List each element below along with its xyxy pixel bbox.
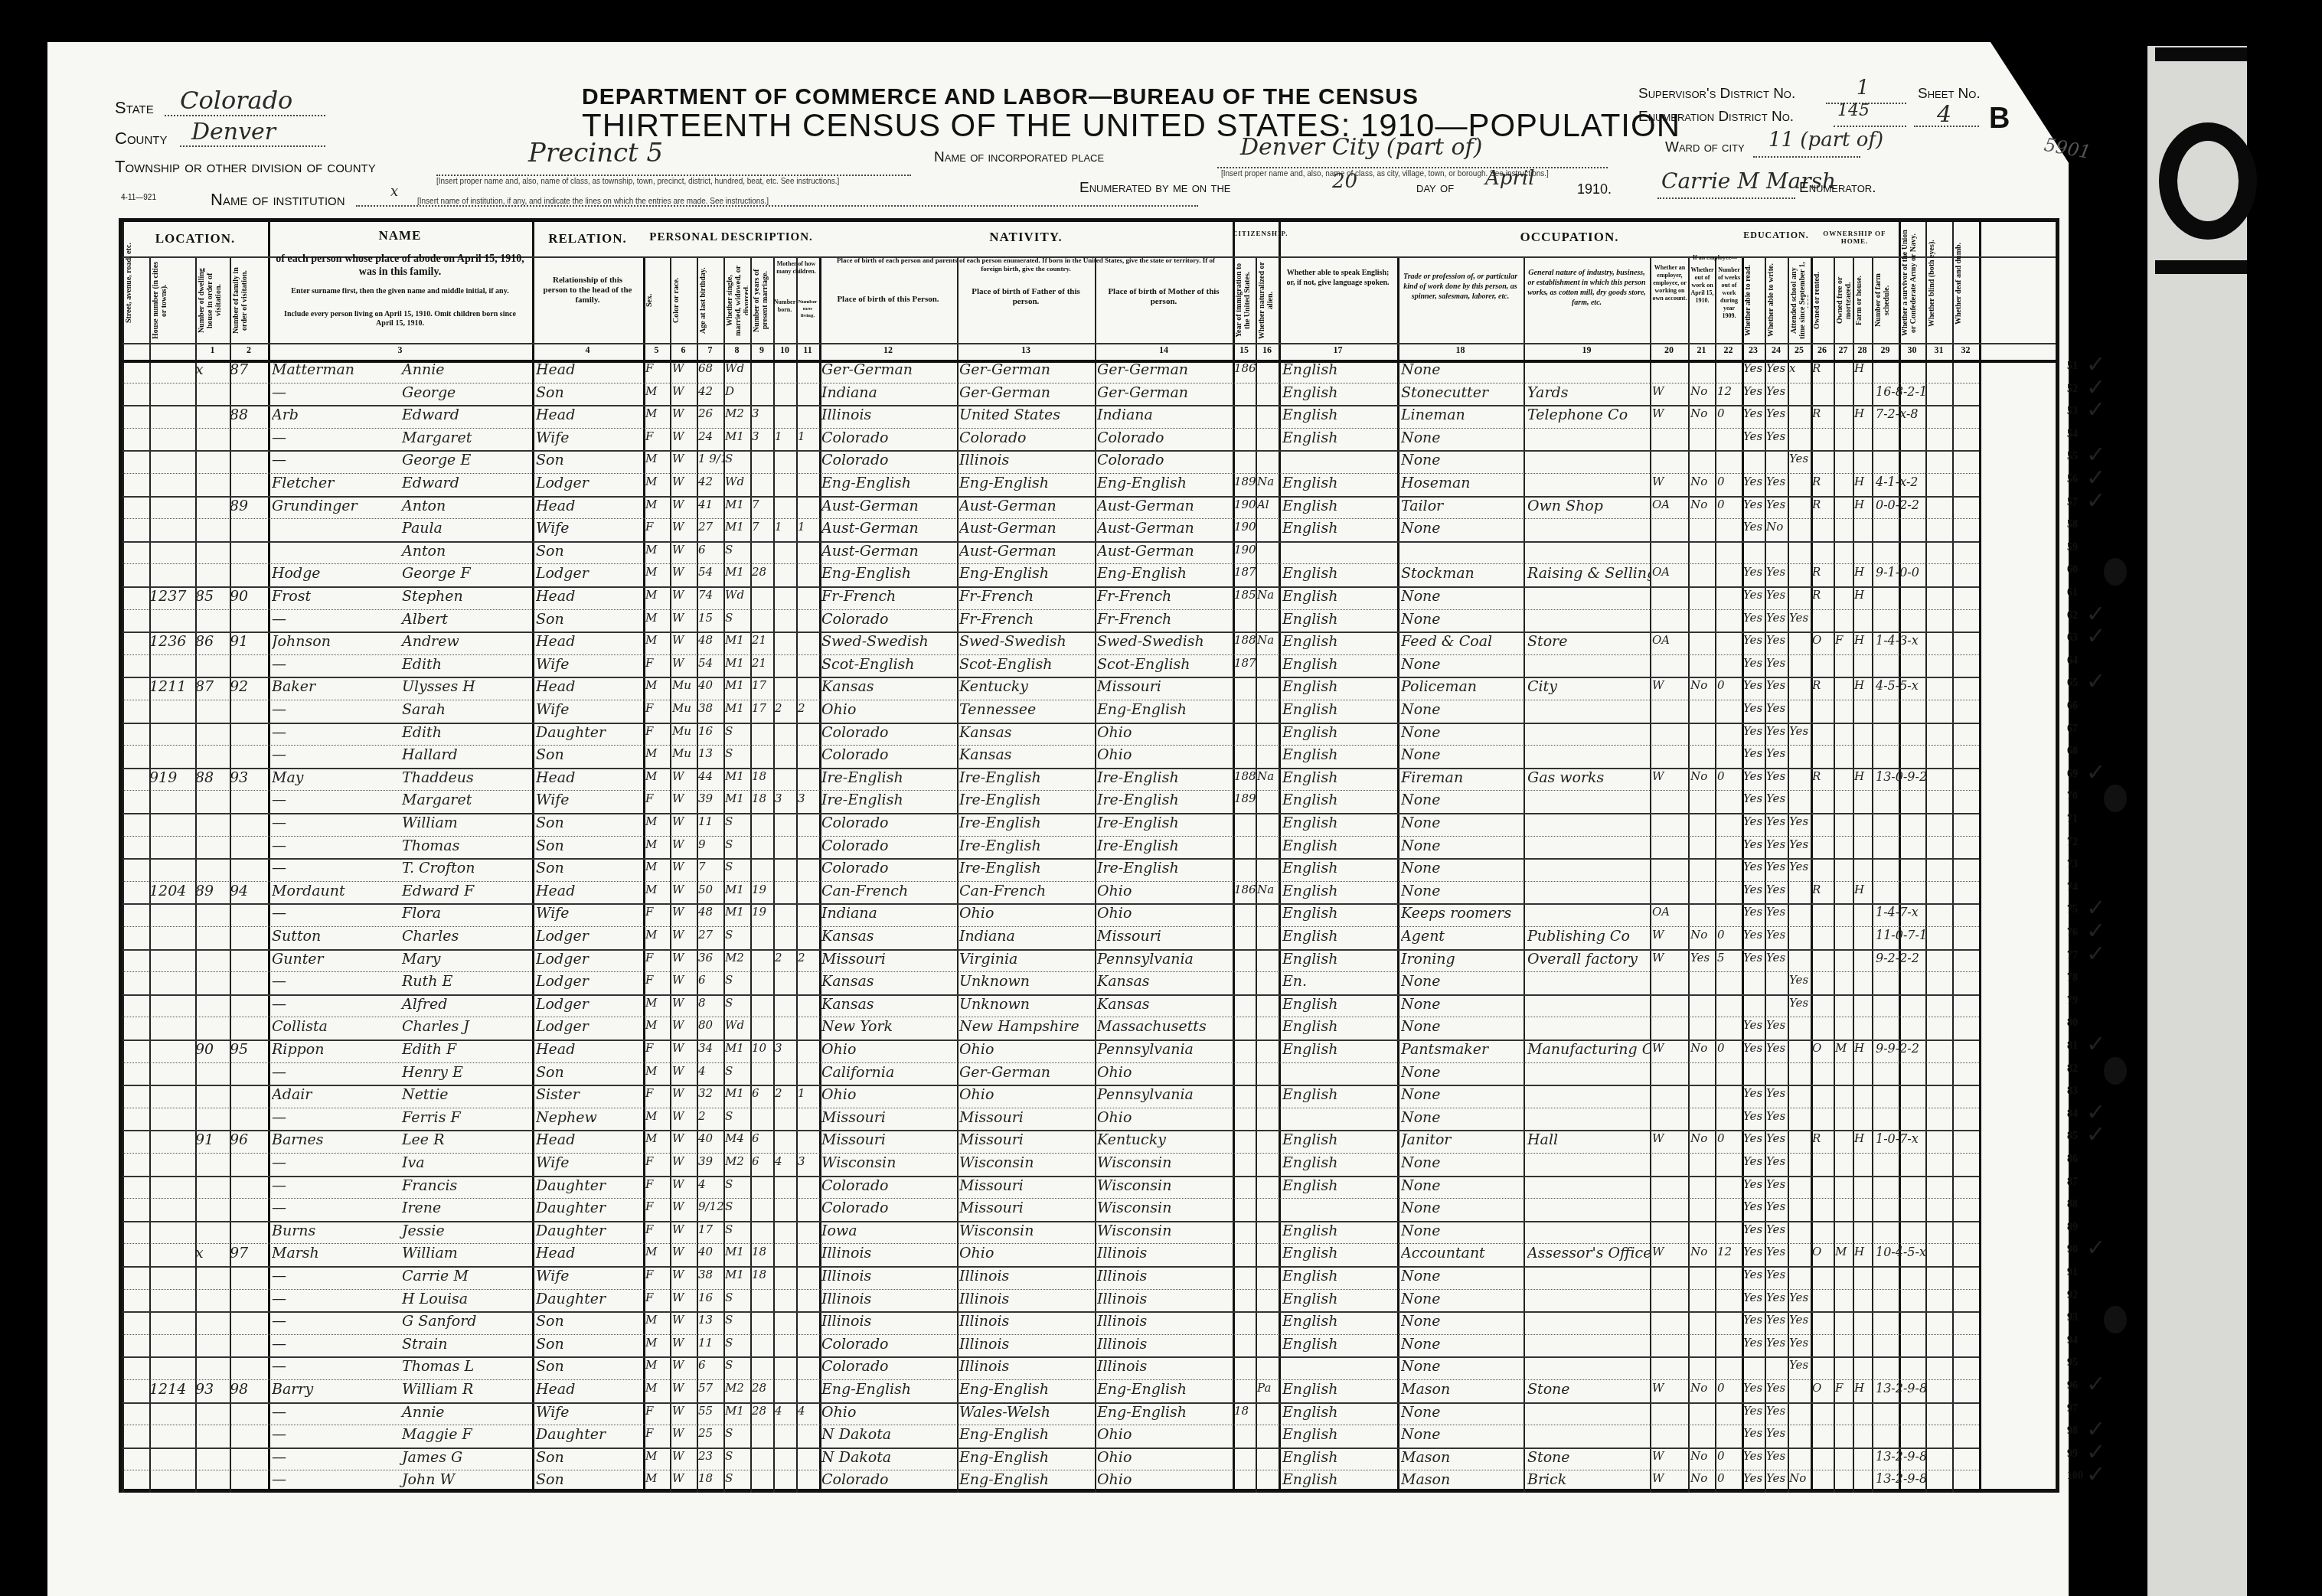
marital-status: M2 xyxy=(725,951,751,964)
marital-status: M1 xyxy=(725,791,751,805)
birthplace: Illinois xyxy=(821,1268,957,1284)
color: W xyxy=(672,814,697,828)
school: Yes xyxy=(1789,996,1811,1010)
farm-schedule: 10-4-5-x xyxy=(1876,1245,1979,1259)
column-number-19: 19 xyxy=(1524,344,1650,356)
color: W xyxy=(672,565,697,579)
owned-rented: O xyxy=(1812,633,1834,647)
mother-birthplace: Ire-English xyxy=(1097,814,1233,831)
can-read: Yes xyxy=(1743,724,1765,738)
given-name: Edward xyxy=(387,406,547,423)
mother-birthplace: Ohio xyxy=(1097,1109,1233,1126)
color: W xyxy=(672,769,697,783)
can-read: Yes xyxy=(1743,498,1765,511)
mother-birthplace: Ire-English xyxy=(1097,791,1233,808)
can-write: Yes xyxy=(1766,1268,1788,1281)
table-row: SuttonCharlesLodgerMW27SKansasIndianaMis… xyxy=(122,926,2056,949)
table-row: —AlbertSonMW15SColoradoFr-FrenchFr-Frenc… xyxy=(122,609,2056,632)
sex: F xyxy=(645,1268,670,1281)
mother-birthplace: Aust-German xyxy=(1097,498,1233,514)
marital-status: S xyxy=(725,814,751,828)
given-name: William R xyxy=(387,1381,547,1398)
given-name: Anton xyxy=(387,543,547,560)
mother-birthplace: Illinois xyxy=(1097,1313,1233,1330)
can-write: Yes xyxy=(1766,905,1788,919)
farm-house: H xyxy=(1854,633,1871,647)
weeks-out: 12 xyxy=(1717,384,1742,398)
years-married: 28 xyxy=(752,565,773,579)
can-read: Yes xyxy=(1743,1313,1765,1327)
farm-house: H xyxy=(1854,361,1871,375)
checkmark-icon: ✓ xyxy=(2086,1371,2105,1398)
marital-status: S xyxy=(725,928,751,942)
age: 38 xyxy=(698,701,724,715)
given-name: Charles J xyxy=(387,1018,547,1035)
color: W xyxy=(672,1291,697,1304)
given-name: Jessie xyxy=(387,1222,547,1239)
line-number: 55 xyxy=(2067,451,2078,463)
birthplace: Colorado xyxy=(821,429,957,446)
free-mortgaged: M xyxy=(1835,1245,1852,1258)
checkmark-icon: ✓ xyxy=(2086,1121,2105,1148)
weeks-out: 0 xyxy=(1717,1131,1742,1145)
language: English xyxy=(1282,860,1397,876)
relation: Daughter xyxy=(536,1199,643,1216)
language: English xyxy=(1282,633,1397,650)
sex: M xyxy=(645,1131,670,1145)
relation: Son xyxy=(536,1449,643,1466)
can-read: Yes xyxy=(1743,406,1765,420)
years-married: 21 xyxy=(752,656,773,670)
trade: None xyxy=(1401,973,1524,990)
given-name: Anton xyxy=(387,498,547,514)
color: W xyxy=(672,498,697,511)
birthplace: Ohio xyxy=(821,1404,957,1421)
table-row: HodgeGeorge FLodgerMW54M128Eng-EnglishEn… xyxy=(122,563,2056,586)
birthplace: Kansas xyxy=(821,973,957,990)
color: W xyxy=(672,791,697,805)
checkmark-icon: ✓ xyxy=(2086,668,2105,695)
immigration-year: 1882 xyxy=(1234,633,1256,647)
mother-birthplace: Kansas xyxy=(1097,996,1233,1013)
mother-birthplace: Wisconsin xyxy=(1097,1222,1233,1239)
surname: Barnes xyxy=(272,1131,387,1148)
weeks-out: 0 xyxy=(1717,1449,1742,1463)
age: 48 xyxy=(698,905,724,919)
sex: M xyxy=(645,1109,670,1123)
birthplace: Eng-English xyxy=(821,1381,957,1398)
column-number-30: 30 xyxy=(1899,344,1925,356)
family-number: 93 xyxy=(230,769,268,786)
marital-status: M1 xyxy=(725,429,751,443)
can-read: Yes xyxy=(1743,565,1765,579)
line-number: 68 xyxy=(2067,746,2078,758)
surname: — xyxy=(272,384,387,401)
age: 74 xyxy=(698,588,724,602)
relation: Daughter xyxy=(536,1177,643,1194)
immigration-year: 1883 xyxy=(1234,769,1256,783)
relation-column-description: Relationship of this person to the head … xyxy=(540,276,635,305)
marital-status: S xyxy=(725,837,751,851)
family-number: 92 xyxy=(230,678,268,695)
county-value: Denver xyxy=(191,119,276,145)
industry: City xyxy=(1527,678,1650,695)
given-name: Strain xyxy=(387,1336,547,1353)
table-row: —EdithWifeFW54M121Scot-EnglishScot-Engli… xyxy=(122,654,2056,677)
relation: Son xyxy=(536,1336,643,1353)
farm-schedule: 11-0-7-1 xyxy=(1876,928,1979,942)
mother-birthplace: Missouri xyxy=(1097,678,1233,695)
children-born: 2 xyxy=(775,1086,796,1100)
farm-schedule: 1-4-7-x xyxy=(1876,905,1979,919)
weeks-out: 0 xyxy=(1717,1381,1742,1395)
father-birthplace: Scot-English xyxy=(959,656,1095,673)
marital-status: M1 xyxy=(725,1086,751,1100)
weeks-out: 0 xyxy=(1717,475,1742,488)
table-row: —EdithDaughterFMu16SColoradoKansasOhioEn… xyxy=(122,723,2056,746)
surname: — xyxy=(272,1291,387,1307)
can-write: Yes xyxy=(1766,588,1788,602)
color: W xyxy=(672,475,697,488)
sex: M xyxy=(645,406,670,420)
industry: Gas works xyxy=(1527,769,1650,786)
can-read: Yes xyxy=(1743,1336,1765,1350)
color: W xyxy=(672,1222,697,1236)
write-header: Whether able to write. xyxy=(1767,260,1785,341)
surname: Barry xyxy=(272,1381,387,1398)
trade: Mason xyxy=(1401,1449,1524,1466)
table-row: —ThomasSonMW9SColoradoIre-EnglishIre-Eng… xyxy=(122,836,2056,859)
checkmark-icon: ✓ xyxy=(2086,941,2105,968)
age: 13 xyxy=(698,746,724,760)
years-married: 17 xyxy=(752,701,773,715)
mother-birthplace: Ohio xyxy=(1097,1471,1233,1488)
can-read: Yes xyxy=(1743,611,1765,625)
can-write: Yes xyxy=(1766,1313,1788,1327)
can-write: Yes xyxy=(1766,1222,1788,1236)
table-row: —George ESonMW1 9/12SColoradoIllinoisCol… xyxy=(122,450,2056,473)
children-born: 4 xyxy=(775,1154,796,1168)
language: English xyxy=(1282,1131,1397,1148)
column-number-4: 4 xyxy=(532,344,643,356)
years-married: 21 xyxy=(752,633,773,647)
table-row: —IreneDaughterFW9/12SColoradoMissouriWis… xyxy=(122,1198,2056,1221)
mother-birthplace: Illinois xyxy=(1097,1268,1233,1284)
trade: Agent xyxy=(1401,928,1524,945)
birthplace: Illinois xyxy=(821,1245,957,1261)
age: 17 xyxy=(698,1222,724,1236)
mother-birthplace: Ire-English xyxy=(1097,860,1233,876)
line-number: 91 xyxy=(2067,1267,2078,1279)
age: 15 xyxy=(698,611,724,625)
trade: Stockman xyxy=(1401,565,1524,582)
school: x xyxy=(1789,361,1811,375)
birthplace: Can-French xyxy=(821,883,957,899)
industry: Stone xyxy=(1527,1381,1650,1398)
owned-rented: R xyxy=(1812,883,1834,896)
age: 80 xyxy=(698,1018,724,1032)
can-write: Yes xyxy=(1766,633,1788,647)
can-read: Yes xyxy=(1743,883,1765,896)
citizenship-group-header: CITIZENSHIP. xyxy=(1233,230,1279,237)
years-married: 3 xyxy=(752,406,773,420)
marital-status: M4 xyxy=(725,1131,751,1145)
dwelling-number: 93 xyxy=(195,1381,230,1398)
marital-status: S xyxy=(725,724,751,738)
language: English xyxy=(1282,1471,1397,1488)
can-read: Yes xyxy=(1743,791,1765,805)
father-birthplace: Illinois xyxy=(959,1358,1095,1375)
age: 42 xyxy=(698,475,724,488)
industry: Brick xyxy=(1527,1471,1650,1488)
line-number: 66 xyxy=(2067,700,2078,713)
age: 18 xyxy=(698,1471,724,1485)
trade: None xyxy=(1401,361,1524,378)
given-name: Alfred xyxy=(387,996,547,1013)
color: Mu xyxy=(672,678,697,692)
given-name: Edward xyxy=(387,475,547,491)
father-birthplace: Illinois xyxy=(959,1313,1095,1330)
years-married: 6 xyxy=(752,1131,773,1145)
relation: Wife xyxy=(536,1154,643,1171)
birthplace: Missouri xyxy=(821,1109,957,1126)
can-read: Yes xyxy=(1743,1381,1765,1395)
age: 4 xyxy=(698,1064,724,1078)
color: W xyxy=(672,1404,697,1418)
mother-birthplace: Ohio xyxy=(1097,1426,1233,1443)
language: English xyxy=(1282,769,1397,786)
sex: F xyxy=(645,656,670,670)
immigration-year: 1893 xyxy=(1234,475,1256,488)
surname: Adair xyxy=(272,1086,387,1103)
sex: M xyxy=(645,1064,670,1078)
trade: Lineman xyxy=(1401,406,1524,423)
birthplace: Colorado xyxy=(821,860,957,876)
father-birthplace: Unknown xyxy=(959,996,1095,1013)
farm-house: H xyxy=(1854,1131,1871,1145)
age: 27 xyxy=(698,520,724,534)
age: 48 xyxy=(698,633,724,647)
can-read: Yes xyxy=(1743,656,1765,670)
family-header: Number of family in order of visitation. xyxy=(232,260,266,341)
punch-hole xyxy=(2104,785,2127,812)
birthplace: Missouri xyxy=(821,1131,957,1148)
marital-status: M1 xyxy=(725,633,751,647)
marital-status: S xyxy=(725,746,751,760)
table-row: CollistaCharles JLodgerMW80WdNew YorkNew… xyxy=(122,1017,2056,1040)
house-header: House number (in cities or towns). xyxy=(152,260,193,341)
employer-status: W xyxy=(1652,384,1687,398)
checkmark-icon: ✓ xyxy=(2086,623,2105,650)
father-birthplace: Wisconsin xyxy=(959,1154,1095,1171)
marital-status: S xyxy=(725,543,751,556)
age: 50 xyxy=(698,883,724,896)
surname: — xyxy=(272,837,387,854)
can-write: Yes xyxy=(1766,883,1788,896)
line-number: 82 xyxy=(2067,1063,2078,1075)
color: W xyxy=(672,588,697,602)
given-name: John W xyxy=(387,1471,547,1488)
name-column-note: Enter surname first, then the given name… xyxy=(276,287,524,296)
mother-birthplace: Eng-English xyxy=(1097,1381,1233,1398)
owned-rented: R xyxy=(1812,1131,1834,1145)
immigration-year: 18 xyxy=(1234,1404,1256,1418)
given-name: Lee R xyxy=(387,1131,547,1148)
trade: Hoseman xyxy=(1401,475,1524,491)
language: English xyxy=(1282,1154,1397,1171)
age: 41 xyxy=(698,498,724,511)
mother-of-header: Mother of how many children. xyxy=(773,260,819,276)
language: English xyxy=(1282,814,1397,831)
can-write: Yes xyxy=(1766,429,1788,443)
line-number: 75 xyxy=(2067,904,2078,916)
can-write: Yes xyxy=(1766,1086,1788,1100)
age: 25 xyxy=(698,1426,724,1440)
age: 6 xyxy=(698,973,724,987)
can-write: Yes xyxy=(1766,1018,1788,1032)
table-row: x87MattermanAnnieHeadFW68WdGer-GermanGer… xyxy=(122,360,2056,383)
mother-birthplace: Pennsylvania xyxy=(1097,951,1233,968)
immigration-header: Year of immigration to the United States… xyxy=(1235,260,1253,341)
sex: M xyxy=(645,746,670,760)
language: English xyxy=(1282,565,1397,582)
color: W xyxy=(672,1313,697,1327)
can-write: Yes xyxy=(1766,1041,1788,1055)
farm-schedule: 0-0-2-2 xyxy=(1876,498,1979,512)
father-birthplace: Aust-German xyxy=(959,520,1095,537)
marital-status: M1 xyxy=(725,1245,751,1258)
trade: None xyxy=(1401,814,1524,831)
age-header: Age at last birthday. xyxy=(699,260,721,341)
age: 9/12 xyxy=(698,1199,724,1213)
age: 27 xyxy=(698,928,724,942)
farm-house: H xyxy=(1854,565,1871,579)
immigration-year: 1907 xyxy=(1234,543,1256,556)
birthplace: Colorado xyxy=(821,1177,957,1194)
sex: F xyxy=(645,791,670,805)
mother-birthplace: Fr-French xyxy=(1097,611,1233,628)
mother-birthplace: Eng-English xyxy=(1097,475,1233,491)
line-number: 63 xyxy=(2067,632,2078,645)
relation: Head xyxy=(536,1131,643,1148)
line-number: 67 xyxy=(2067,723,2078,736)
marital-status: S xyxy=(725,1109,751,1123)
farm-schedule: 16-8-2-1 xyxy=(1876,384,1979,399)
can-write: Yes xyxy=(1766,746,1788,760)
age: 55 xyxy=(698,1404,724,1418)
birthplace: Colorado xyxy=(821,1199,957,1216)
employer-status: W xyxy=(1652,1449,1687,1463)
trade: None xyxy=(1401,1426,1524,1443)
language: English xyxy=(1282,928,1397,945)
school: Yes xyxy=(1789,724,1811,738)
owned-rented: R xyxy=(1812,498,1834,511)
father-birthplace: Ohio xyxy=(959,1041,1095,1058)
language: English xyxy=(1282,1041,1397,1058)
mother-birthplace: Ohio xyxy=(1097,883,1233,899)
given-name: Maggie F xyxy=(387,1426,547,1443)
day-of-label: day of xyxy=(1416,180,1454,197)
relation: Son xyxy=(536,837,643,854)
column-number-24: 24 xyxy=(1765,344,1788,356)
school: Yes xyxy=(1789,973,1811,987)
family-number: 90 xyxy=(230,588,268,605)
surname: Marsh xyxy=(272,1245,387,1261)
relation: Lodger xyxy=(536,951,643,968)
out-of-work: No xyxy=(1690,475,1715,488)
can-write: Yes xyxy=(1766,837,1788,851)
father-birthplace: Eng-English xyxy=(959,475,1095,491)
father-birthplace: New Hampshire xyxy=(959,1018,1095,1035)
out-of-work: No xyxy=(1690,678,1715,692)
mother-birthplace: Aust-German xyxy=(1097,543,1233,560)
column-number-27: 27 xyxy=(1834,344,1853,356)
age: 11 xyxy=(698,1336,724,1350)
given-name: William xyxy=(387,1245,547,1261)
family-number: 91 xyxy=(230,633,268,650)
language: English xyxy=(1282,746,1397,763)
surname: Arb xyxy=(272,406,387,423)
sex: M xyxy=(645,452,670,465)
birthplace: Kansas xyxy=(821,996,957,1013)
given-name: Nettie xyxy=(387,1086,547,1103)
line-number: 89 xyxy=(2067,1222,2078,1234)
sheet-no-label: Sheet No. xyxy=(1918,86,1981,103)
enumerated-on-label: Enumerated by me on the xyxy=(1079,180,1231,197)
surname: Mordaunt xyxy=(272,883,387,899)
relation: Son xyxy=(536,1313,643,1330)
surname: — xyxy=(272,701,387,718)
can-write: Yes xyxy=(1766,1245,1788,1258)
trade: None xyxy=(1401,611,1524,628)
language: English xyxy=(1282,361,1397,378)
nativity-description: Place of birth of each person and parent… xyxy=(827,256,1225,273)
number-born-header: Number born. xyxy=(773,299,796,314)
father-birthplace: Colorado xyxy=(959,429,1095,446)
supervisor-district-label: Supervisor's District No. xyxy=(1638,86,1795,103)
sex: M xyxy=(645,1449,670,1463)
column-number-20: 20 xyxy=(1650,344,1688,356)
farm-house: H xyxy=(1854,498,1871,511)
birthplace: Colorado xyxy=(821,1358,957,1375)
father-birthplace: Fr-French xyxy=(959,588,1095,605)
surname: — xyxy=(272,1154,387,1171)
sex: F xyxy=(645,520,670,534)
employer-status: OA xyxy=(1652,498,1687,511)
sex: M xyxy=(645,588,670,602)
sex: F xyxy=(645,1426,670,1440)
trade: None xyxy=(1401,588,1524,605)
surname: Frost xyxy=(272,588,387,605)
table-row: 89GrundingerAntonHeadMW41M17Aust-GermanA… xyxy=(122,496,2056,519)
surname: — xyxy=(272,611,387,628)
column-number-13: 13 xyxy=(957,344,1095,356)
sex: M xyxy=(645,1313,670,1327)
father-birthplace: Swed-Swedish xyxy=(959,633,1095,650)
punch-hole xyxy=(2104,558,2127,586)
birthplace: Ger-German xyxy=(821,361,957,378)
can-write: Yes xyxy=(1766,1404,1788,1418)
farm-house: H xyxy=(1854,769,1871,783)
children-living: 4 xyxy=(798,1404,819,1418)
relation: Daughter xyxy=(536,1291,643,1307)
column-number-2: 2 xyxy=(230,344,268,356)
table-row: FletcherEdwardLodgerMW42WdEng-EnglishEng… xyxy=(122,473,2056,496)
out-of-work: Yes xyxy=(1690,951,1715,964)
trade: None xyxy=(1401,1109,1524,1126)
trade: None xyxy=(1401,837,1524,854)
birthplace: Colorado xyxy=(821,611,957,628)
